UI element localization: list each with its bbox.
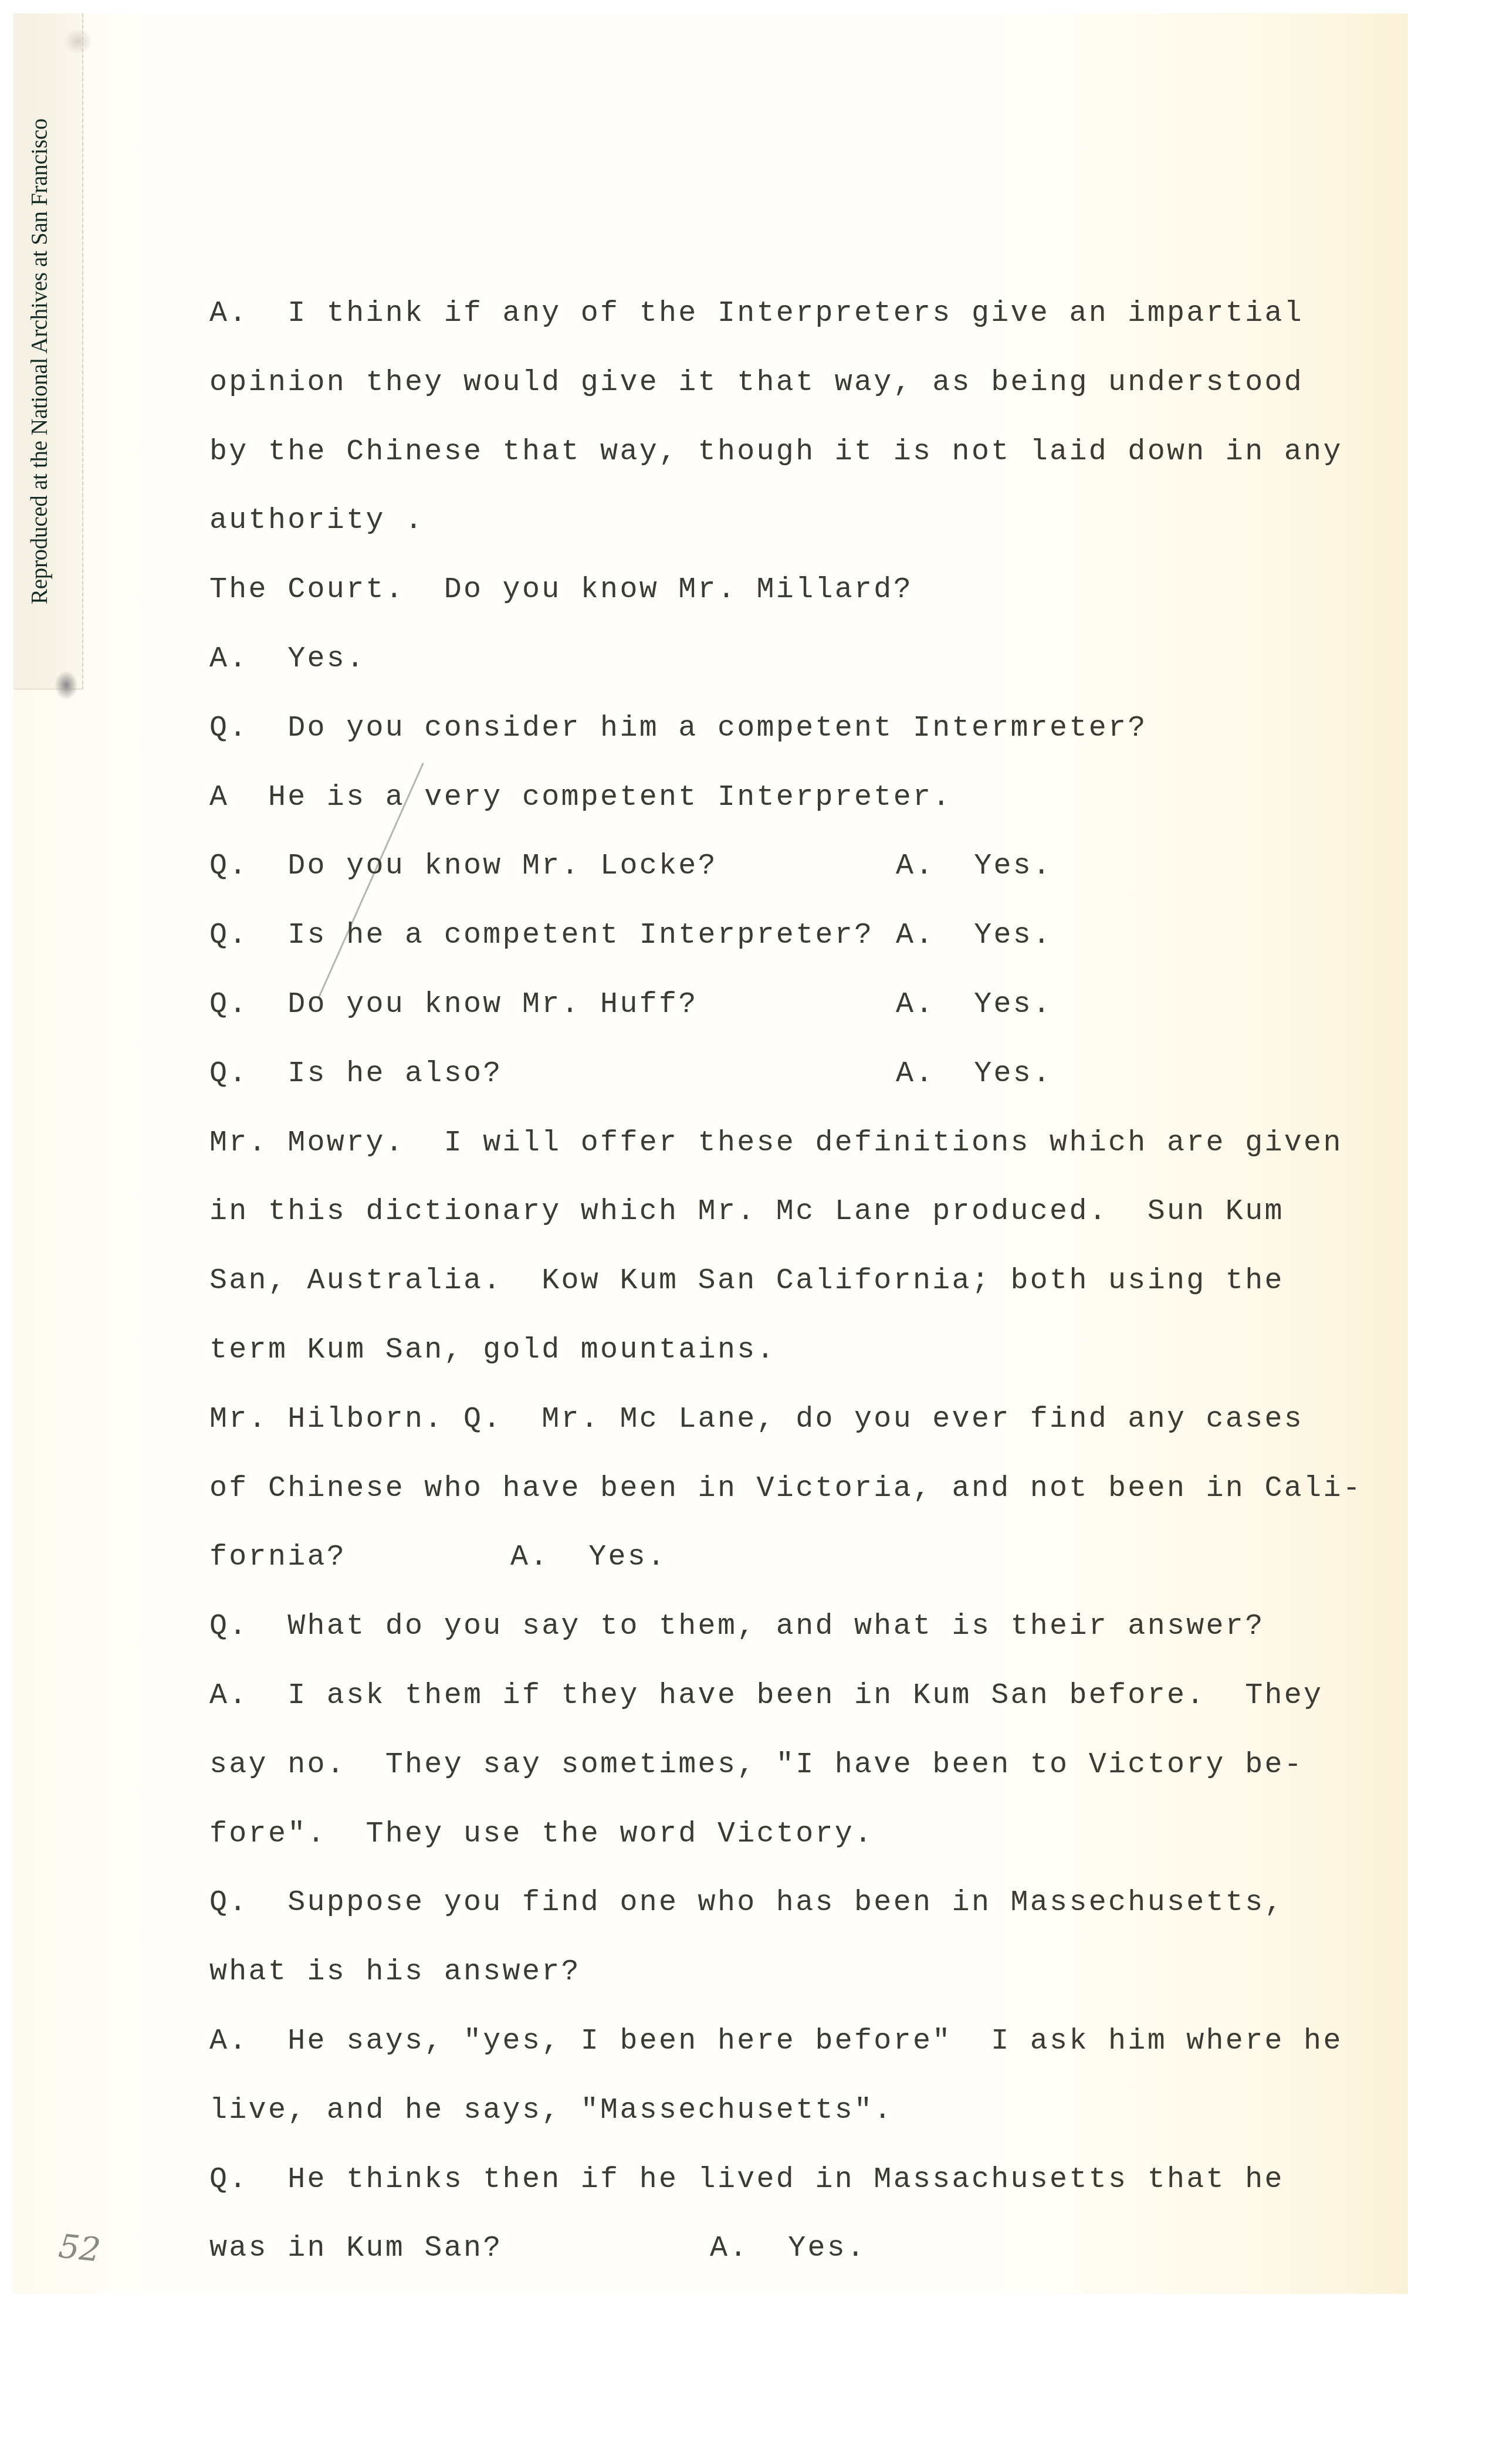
transcript-line: Q. Do you know Mr. Huff?	[209, 990, 698, 1020]
transcript-line: A. Yes.	[209, 645, 365, 674]
transcript-line: Q. Is he a competent Interpreter?	[209, 921, 874, 950]
transcript-line: A He is a very competent Interpreter.	[209, 783, 952, 813]
transcript-line: San, Australia. Kow Kum San California; …	[209, 1267, 1284, 1296]
transcript-line: in this dictionary which Mr. Mc Lane pro…	[209, 1197, 1284, 1227]
inline-answer: A. Yes.	[896, 1060, 1052, 1089]
transcript-line: Q. What do you say to them, and what is …	[209, 1612, 1264, 1641]
transcript-line: Q. He thinks then if he lived in Massach…	[209, 2165, 1284, 2195]
transcript-line: A. I ask them if they have been in Kum S…	[209, 1681, 1323, 1711]
transcript-line: Mr. Hilborn. Q. Mr. Mc Lane, do you ever…	[209, 1405, 1304, 1434]
transcript-line: The Court. Do you know Mr. Millard?	[209, 576, 913, 605]
transcript-line: Mr. Mowry. I will offer these definition…	[209, 1129, 1343, 1158]
handwritten-page-number: 52	[57, 2227, 103, 2269]
transcript-line: what is his answer?	[209, 1958, 581, 1987]
inline-answer: A. Yes.	[896, 852, 1052, 881]
transcript-line: Q. Is he also?	[209, 1060, 503, 1089]
inline-answer: A. Yes.	[710, 2234, 866, 2263]
transcript-line: of Chinese who have been in Victoria, an…	[209, 1474, 1362, 1504]
transcript-line: Q. Do you consider him a competent Inter…	[209, 714, 1148, 743]
archive-stamp-text: Reproduced at the National Archives at S…	[28, 119, 51, 604]
transcript-line: Q. Do you know Mr. Locke?	[209, 852, 717, 881]
transcript-line: say no. They say sometimes, "I have been…	[209, 1751, 1304, 1780]
transcript-line: by the Chinese that way, though it is no…	[209, 438, 1343, 467]
transcript-line: A. He says, "yes, I been here before" I …	[209, 2027, 1343, 2056]
transcript-line: live, and he says, "Massechusetts".	[209, 2096, 893, 2125]
transcript-line: A. I think if any of the Interpreters gi…	[209, 299, 1304, 329]
smudge-mark	[55, 671, 78, 700]
transcript-line: term Kum San, gold mountains.	[209, 1336, 776, 1365]
transcript-line: authority .	[209, 506, 424, 536]
inline-answer: A. Yes.	[896, 990, 1052, 1020]
transcript-line: fornia?	[209, 1543, 346, 1572]
smudge-mark	[63, 28, 93, 55]
transcript-line: opinion they would give it that way, as …	[209, 368, 1304, 398]
transcript-line: was in Kum San?	[209, 2234, 503, 2263]
inline-answer: A. Yes.	[896, 921, 1052, 950]
inline-answer: A. Yes.	[510, 1543, 666, 1572]
transcript-line: fore". They use the word Victory.	[209, 1820, 874, 1849]
transcript-line: Q. Suppose you find one who has been in …	[209, 1888, 1284, 1918]
